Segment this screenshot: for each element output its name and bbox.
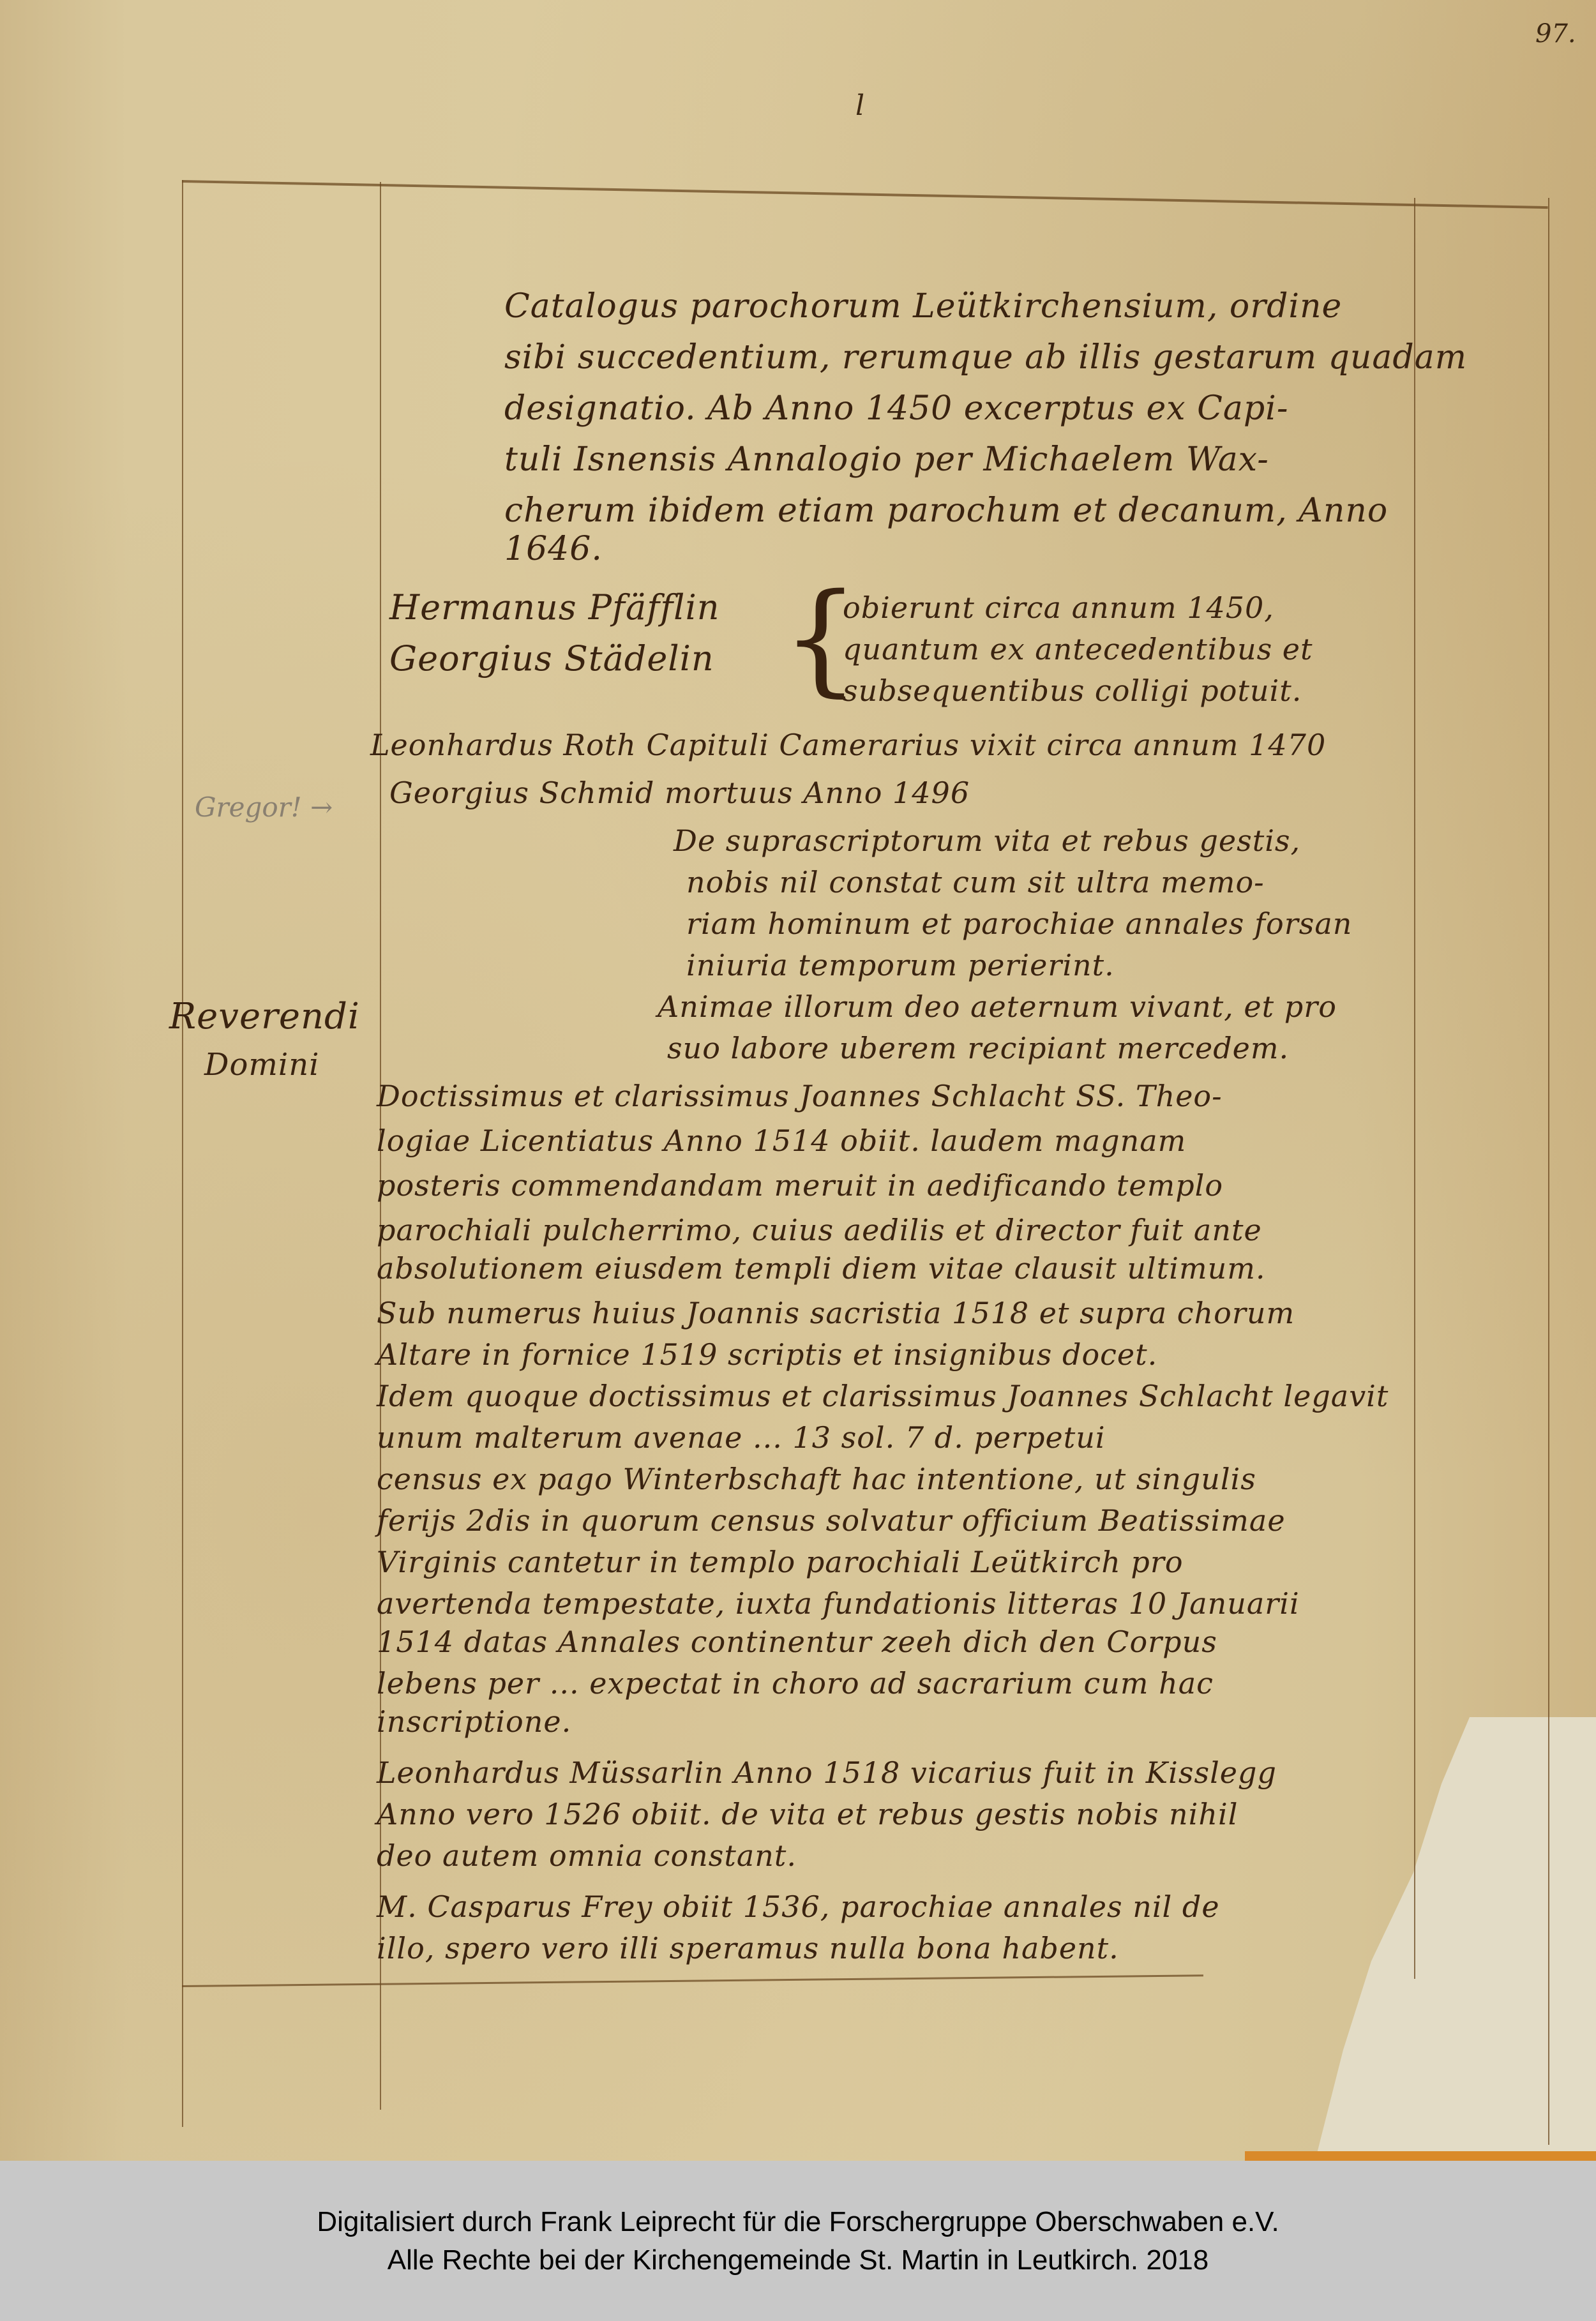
body-line: nobis nil constat cum sit ultra memo- bbox=[686, 865, 1265, 899]
body-line: deo autem omnia constant. bbox=[377, 1838, 797, 1873]
folio-number: 97. bbox=[1535, 19, 1576, 49]
outer-right-rule bbox=[1548, 198, 1549, 2145]
body-line: census ex pago Winterbschaft hac intenti… bbox=[377, 1462, 1256, 1496]
caption-line-2: Alle Rechte bei der Kirchengemeinde St. … bbox=[388, 2241, 1208, 2279]
frame-bottom-rule bbox=[182, 1974, 1203, 1987]
body-line: Altare in fornice 1519 scriptis et insig… bbox=[377, 1337, 1157, 1372]
margin-reverendi: Reverendi bbox=[169, 996, 360, 1037]
brace-note-line: quantum ex antecedentibus et bbox=[843, 632, 1313, 666]
pencil-note-text: Gregor! bbox=[195, 792, 302, 823]
caption-line-1: Digitalisiert durch Frank Leiprecht für … bbox=[317, 2203, 1279, 2241]
body-line: Virginis cantetur in templo parochiali L… bbox=[377, 1545, 1184, 1579]
body-line: M. Casparus Frey obiit 1536, parochiae a… bbox=[377, 1889, 1220, 1924]
body-line: iniuria temporum perierint. bbox=[686, 948, 1115, 982]
body-line: Leonhardus Roth Capituli Camerarius vixi… bbox=[370, 728, 1326, 762]
frame-right-rule bbox=[1414, 198, 1415, 1979]
body-line: Doctissimus et clarissimus Joannes Schla… bbox=[377, 1079, 1223, 1113]
torn-corner bbox=[1315, 1717, 1596, 2161]
entry-name: Hermanus Pfäfflin bbox=[389, 587, 720, 627]
body-line: lebens per ... expectat in choro ad sacr… bbox=[377, 1666, 1214, 1701]
body-line: Anno vero 1526 obiit. de vita et rebus g… bbox=[377, 1797, 1238, 1831]
body-line: 1514 datas Annales continentur zeeh dich… bbox=[377, 1625, 1217, 1659]
body-line: Animae illorum deo aeternum vivant, et p… bbox=[658, 989, 1337, 1024]
body-line: De suprascriptorum vita et rebus gestis, bbox=[674, 823, 1300, 858]
title-line: sibi succedentium, rerumque ab illis ges… bbox=[504, 338, 1467, 377]
title-line: Catalogus parochorum Leütkirchensium, or… bbox=[504, 287, 1342, 326]
body-line: logiae Licentiatus Anno 1514 obiit. laud… bbox=[377, 1123, 1186, 1158]
body-line: Sub numerus huius Joannis sacristia 1518… bbox=[377, 1296, 1295, 1330]
title-line: 1646. bbox=[504, 530, 603, 568]
backing-edge bbox=[1245, 2151, 1596, 2161]
body-line: Georgius Schmid mortuus Anno 1496 bbox=[389, 776, 970, 810]
body-line: inscriptione. bbox=[377, 1704, 571, 1739]
manuscript-page: 97. l Catalogus parochorum Leütkirchensi… bbox=[0, 0, 1596, 2161]
brace-note-line: obierunt circa annum 1450, bbox=[843, 590, 1274, 625]
body-line: riam hominum et parochiae annales forsan bbox=[686, 906, 1352, 941]
pencil-margin-note: Gregor! → bbox=[195, 792, 333, 823]
arrow-icon: → bbox=[310, 792, 333, 823]
title-line: cherum ibidem etiam parochum et decanum,… bbox=[504, 492, 1388, 530]
body-line: illo, spero vero illi speramus nulla bon… bbox=[377, 1931, 1119, 1965]
body-line: unum malterum avenae ... 13 sol. 7 d. pe… bbox=[377, 1420, 1106, 1455]
body-line: absolutionem eiusdem templi diem vitae c… bbox=[377, 1251, 1265, 1286]
top-mark: l bbox=[855, 89, 864, 122]
body-line: Leonhardus Müssarlin Anno 1518 vicarius … bbox=[377, 1755, 1277, 1790]
frame-left-rule bbox=[182, 180, 183, 2127]
brace-note-line: subsequentibus colligi potuit. bbox=[843, 673, 1302, 708]
frame-top-rule bbox=[182, 180, 1548, 209]
body-line: suo labore uberem recipiant mercedem. bbox=[667, 1031, 1289, 1065]
title-line: tuli Isnensis Annalogio per Michaelem Wa… bbox=[504, 440, 1269, 479]
title-line: designatio. Ab Anno 1450 excerptus ex Ca… bbox=[504, 389, 1288, 428]
body-line: avertenda tempestate, iuxta fundationis … bbox=[377, 1586, 1300, 1621]
body-line: Idem quoque doctissimus et clarissimus J… bbox=[377, 1379, 1389, 1413]
entry-name: Georgius Städelin bbox=[389, 638, 714, 679]
body-line: posteris commendandam meruit in aedifica… bbox=[377, 1168, 1223, 1203]
margin-domini: Domini bbox=[204, 1047, 320, 1083]
body-line: ferijs 2dis in quorum census solvatur of… bbox=[377, 1503, 1286, 1538]
body-line: parochiali pulcherrimo, cuius aedilis et… bbox=[377, 1213, 1262, 1247]
digitization-caption: Digitalisiert durch Frank Leiprecht für … bbox=[0, 2161, 1596, 2321]
